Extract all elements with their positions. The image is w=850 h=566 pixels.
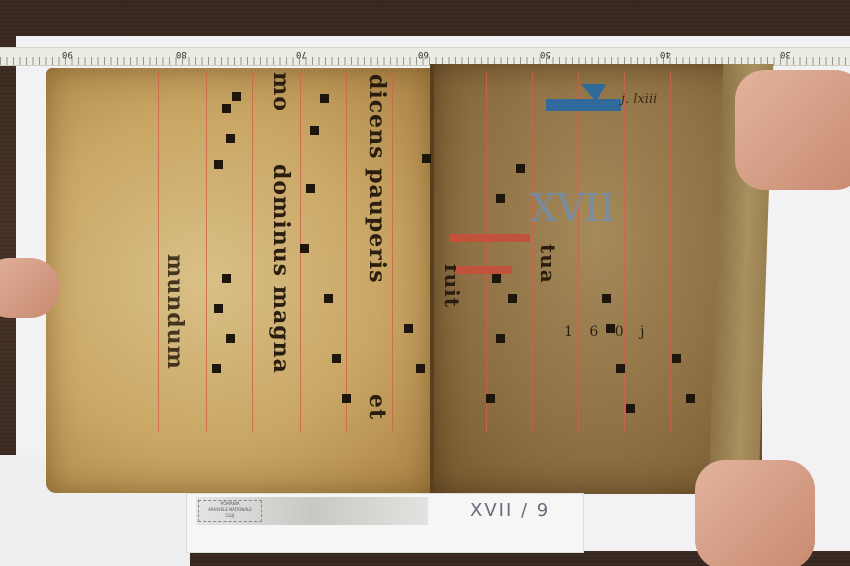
music-neume (672, 354, 681, 363)
staff-line (578, 72, 579, 432)
music-neume (226, 334, 235, 343)
ruler-number: 30 (780, 49, 791, 59)
staff-line (346, 72, 347, 432)
staff-line (252, 72, 253, 432)
manuscript-text: tua (536, 244, 560, 284)
staff-line (670, 72, 671, 432)
music-neume (226, 134, 235, 143)
hand-left (0, 258, 60, 318)
music-neume (496, 194, 505, 203)
archive-stamp: ROMÂNIA ARHIVELE NAȚIONALE CLUJ (198, 500, 262, 522)
manuscript-leaf: mundum dicens pauperis mo dominus magna … (46, 64, 766, 494)
date-annotation: 1 6 0 j (564, 324, 650, 340)
music-neume (214, 304, 223, 313)
music-neume (320, 94, 329, 103)
staff-line (486, 72, 487, 432)
music-neume (486, 394, 495, 403)
stamp-line: CLUJ (199, 513, 261, 519)
ruler-number: 80 (176, 49, 187, 59)
ruler-number: 40 (660, 49, 671, 59)
music-neume (332, 354, 341, 363)
ruler-number: 60 (418, 49, 429, 59)
music-neume (626, 404, 635, 413)
blue-initial-bar (546, 99, 621, 111)
shelfmark: XVII / 9 (470, 500, 550, 521)
music-neume (342, 394, 351, 403)
staff-line (624, 72, 625, 432)
manuscript-text: mundum (162, 254, 188, 370)
manuscript-text: dicens pauperis (364, 74, 390, 284)
ruler-number: 50 (540, 49, 551, 59)
roman-numeral-marking: XVII (530, 186, 615, 230)
manuscript-text: et (364, 394, 390, 420)
music-neume (324, 294, 333, 303)
hand-top-right (735, 70, 850, 190)
staff-line (392, 72, 393, 432)
music-neume (496, 334, 505, 343)
music-neume (310, 126, 319, 135)
folio-number: j. lxiii (621, 92, 657, 107)
hand-bottom-right (695, 460, 815, 566)
music-neume (416, 364, 425, 373)
music-neume (232, 92, 241, 101)
music-neume (214, 160, 223, 169)
music-neume (306, 184, 315, 193)
manuscript-text: mo (268, 72, 294, 112)
music-neume (516, 164, 525, 173)
music-neume (212, 364, 221, 373)
staff-line (158, 72, 159, 432)
music-neume (404, 324, 413, 333)
ruler-number: 70 (296, 49, 307, 59)
page-fold (430, 64, 434, 494)
red-rubric (450, 234, 530, 242)
staff-line (206, 72, 207, 432)
music-neume (508, 294, 517, 303)
music-neume (422, 154, 431, 163)
manuscript-text: dominus magna (268, 164, 294, 374)
music-neume (616, 364, 625, 373)
red-rubric (456, 266, 512, 274)
music-neume (602, 294, 611, 303)
music-neume (300, 244, 309, 253)
music-neume (686, 394, 695, 403)
ruler-number: 90 (62, 49, 73, 59)
music-neume (492, 274, 501, 283)
music-neume (222, 274, 231, 283)
music-neume (222, 104, 231, 113)
staff-line (532, 72, 533, 432)
